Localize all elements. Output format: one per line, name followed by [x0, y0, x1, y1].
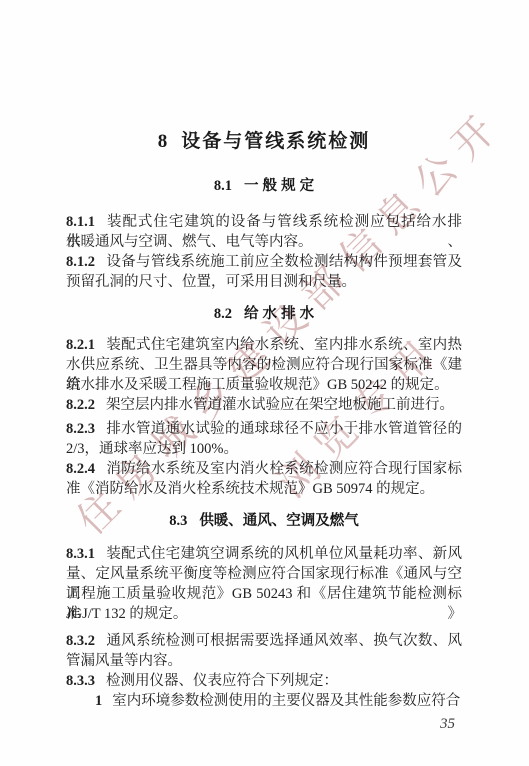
section-paragraphs: 8.2.1装配式住宅建筑室内给水系统、室内排水系统、室内热水供应系统、卫生器具等… [66, 335, 462, 499]
text-line: 8.3.2通风系统检测可根据需要选择通风效率、换气次数、风 [66, 631, 462, 651]
text-line: 2/3，通球率应达到 100%。 [66, 439, 462, 459]
clause-number: 8.2.1 [66, 337, 95, 353]
list-item: 1室内环境参数检测使用的主要仪器及其性能参数应符合 [66, 691, 462, 711]
clause-text: 设备与管线系统施工前应全数检测结构构件预埋套管及 [106, 254, 462, 270]
section-heading: 8.1一 般 规 定 [66, 177, 462, 195]
clause-text: 装配式住宅建筑空调系统的风机单位风量耗功率、新风 [106, 546, 462, 562]
clause-text: 2/3，通球率应达到 100%。 [66, 441, 238, 457]
section-8.3: 8.3供暖、通风、空调及燃气8.3.1装配式住宅建筑空调系统的风机单位风量耗功率… [66, 512, 462, 711]
section-heading-text: 供暖、通风、空调及燃气 [199, 513, 359, 529]
section-heading: 8.3供暖、通风、空调及燃气 [66, 512, 462, 530]
section-heading-number: 8.2 [214, 306, 232, 322]
clause-text: 供暖通风与空调、燃气、电气等内容。 [66, 234, 313, 250]
clause-number: 1 [95, 693, 102, 709]
clause-text: 架空层内排水管道灌水试验应在架空地板施工前进行。 [106, 397, 454, 413]
clause-number: 8.3.1 [66, 546, 95, 562]
section-paragraphs: 8.3.1装配式住宅建筑空调系统的风机单位风量耗功率、新风量、定风量系统平衡度等… [66, 544, 462, 711]
clause: 8.3.2通风系统检测可根据需要选择通风效率、换气次数、风管漏风量等内容。 [66, 631, 462, 671]
text-line: 水供应系统、卫生器具等内容的检测应符合现行国家标准《建筑 [66, 355, 462, 375]
clause-text: 室内环境参数检测使用的主要仪器及其性能参数应符合 [112, 693, 460, 709]
document-page: 住房城乡建设部信息公开 浏览专用 8设备与管线系统检测 8.1一 般 规 定8.… [0, 0, 529, 766]
clause-number: 8.2.2 [66, 397, 95, 413]
text-line: 量、定风量系统平衡度等检测应符合国家现行标准《通风与空调 [66, 564, 462, 584]
text-line: 给水排水及采暖工程施工质量验收规范》GB 50242 的规定。 [66, 375, 462, 395]
section-8.1: 8.1一 般 规 定8.1.1装配式住宅建筑的设备与管线系统检测应包括给水排水、… [66, 177, 462, 292]
clause: 8.3.1装配式住宅建筑空调系统的风机单位风量耗功率、新风量、定风量系统平衡度等… [66, 544, 462, 624]
clause-text: 给水排水及采暖工程施工质量验收规范》GB 50242 的规定。 [66, 377, 449, 393]
chapter-title: 8设备与管线系统检测 [66, 131, 462, 153]
clause-text: 装配式住宅建筑室内给水系统、室内排水系统、室内热 [106, 337, 462, 353]
text-line: 准《消防给水及消火栓系统技术规范》GB 50974 的规定。 [66, 479, 462, 499]
clause-text: 消防给水系统及室内消火栓系统检测应符合现行国家标 [106, 461, 462, 477]
clause-text: 通风系统检测可根据需要选择通风效率、换气次数、风 [106, 633, 462, 649]
clause-number: 8.3.2 [66, 633, 95, 649]
clause-number: 8.2.3 [66, 421, 95, 437]
text-line: 8.1.2设备与管线系统施工前应全数检测结构构件预埋套管及 [66, 252, 462, 272]
chapter-number: 8 [158, 131, 168, 152]
text-line: 8.2.2架空层内排水管道灌水试验应在架空地板施工前进行。 [66, 395, 462, 415]
section-heading-text: 给 水 排 水 [244, 306, 314, 322]
section-heading: 8.2给 水 排 水 [66, 305, 462, 323]
clause-text: 检测用仪器、仪表应符合下列规定： [106, 673, 338, 689]
section-heading-text: 一 般 规 定 [244, 178, 314, 194]
text-line: 1室内环境参数检测使用的主要仪器及其性能参数应符合 [95, 691, 462, 711]
clause-number: 8.1.2 [66, 254, 95, 270]
text-line: 预留孔洞的尺寸、位置，可采用目测和尺量。 [66, 272, 462, 292]
clause-number: 8.2.4 [66, 461, 95, 477]
clause-text: JGJ/T 132 的规定。 [66, 606, 187, 622]
section-heading-number: 8.1 [214, 178, 232, 194]
text-line: 8.2.4消防给水系统及室内消火栓系统检测应符合现行国家标 [66, 459, 462, 479]
clause-text: 管漏风量等内容。 [66, 653, 182, 669]
clause: 8.2.1装配式住宅建筑室内给水系统、室内排水系统、室内热水供应系统、卫生器具等… [66, 335, 462, 395]
text-line: 8.3.3检测用仪器、仪表应符合下列规定： [66, 671, 462, 691]
document-body: 8设备与管线系统检测 8.1一 般 规 定8.1.1装配式住宅建筑的设备与管线系… [66, 0, 462, 711]
clause: 8.3.3检测用仪器、仪表应符合下列规定： [66, 671, 462, 691]
page-number: 35 [440, 716, 455, 733]
clause-text: 预留孔洞的尺寸、位置，可采用目测和尺量。 [66, 274, 356, 290]
text-line: 工程施工质量验收规范》GB 50243 和《居住建筑节能检测标准》 [66, 584, 462, 604]
text-line: 8.2.3排水管道通水试验的通球球径不应小于排水管道管径的 [66, 419, 462, 439]
clause-text: 准《消防给水及消火栓系统技术规范》GB 50974 的规定。 [66, 481, 434, 497]
clause-number: 8.3.3 [66, 673, 95, 689]
clause-number: 8.1.1 [66, 214, 95, 230]
clause: 8.1.2设备与管线系统施工前应全数检测结构构件预埋套管及预留孔洞的尺寸、位置，… [66, 252, 462, 292]
section-paragraphs: 8.1.1装配式住宅建筑的设备与管线系统检测应包括给水排水、供暖通风与空调、燃气… [66, 212, 462, 292]
text-line: 8.3.1装配式住宅建筑空调系统的风机单位风量耗功率、新风 [66, 544, 462, 564]
chapter-title-text: 设备与管线系统检测 [181, 131, 370, 152]
clause: 8.2.4消防给水系统及室内消火栓系统检测应符合现行国家标准《消防给水及消火栓系… [66, 459, 462, 499]
clause: 8.2.3排水管道通水试验的通球球径不应小于排水管道管径的2/3，通球率应达到 … [66, 419, 462, 459]
sections-container: 8.1一 般 规 定8.1.1装配式住宅建筑的设备与管线系统检测应包括给水排水、… [66, 177, 462, 711]
clause: 8.1.1装配式住宅建筑的设备与管线系统检测应包括给水排水、供暖通风与空调、燃气… [66, 212, 462, 252]
clause-text: 排水管道通水试验的通球球径不应小于排水管道管径的 [106, 421, 462, 437]
text-line: 8.2.1装配式住宅建筑室内给水系统、室内排水系统、室内热 [66, 335, 462, 355]
text-line: 管漏风量等内容。 [66, 651, 462, 671]
section-heading-number: 8.3 [169, 513, 187, 529]
clause: 8.2.2架空层内排水管道灌水试验应在架空地板施工前进行。 [66, 395, 462, 415]
section-8.2: 8.2给 水 排 水8.2.1装配式住宅建筑室内给水系统、室内排水系统、室内热水… [66, 305, 462, 499]
text-line: 8.1.1装配式住宅建筑的设备与管线系统检测应包括给水排水、 [66, 212, 462, 232]
